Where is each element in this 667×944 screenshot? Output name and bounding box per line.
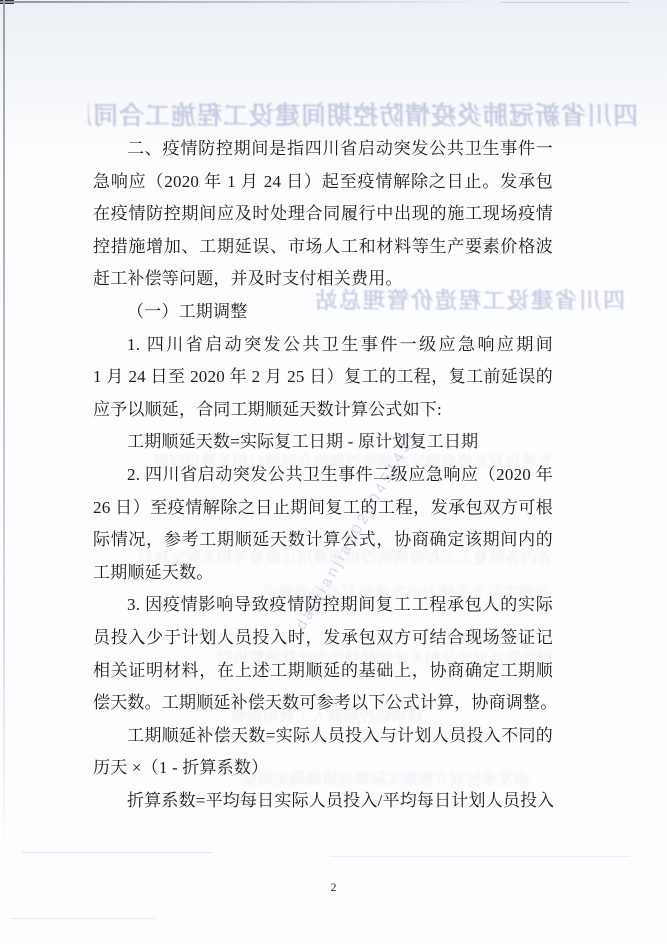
paragraph-line: 急响应（2020 年 1 月 24 日）起至疫情解除之日止。发承包双方 — [93, 166, 553, 199]
paragraph-line: 在疫情防控期间应及时处理合同履行中出现的施工现场疫情防 — [93, 198, 553, 231]
scan-edge-top-line — [0, 1, 490, 3]
paragraph-line: 相关证明材料，在上述工期顺延的基础上，协商确定工期顺延补 — [93, 655, 553, 688]
section-heading: （一）工期调整 — [93, 296, 553, 329]
paragraph-line: 偿天数。工期顺延补偿天数可参考以下公式计算，协商调整。 — [93, 687, 553, 720]
scan-tint-band — [0, 0, 667, 150]
paragraph-line: 26 日）至疫情解除之日止期间复工的工程，发承包双方可根据实 — [93, 492, 553, 525]
scan-streak — [22, 852, 212, 853]
formula-line: 折算系数=平均每日实际人员投入/平均每日计划人员投入 — [93, 785, 553, 818]
paragraph-line: 3. 因疫情影响导致疫情防控期间复工工程承包人的实际人 — [93, 589, 553, 622]
paragraph-line: 1 月 24 日至 2020 年 2 月 25 日）复工的工程，复工前延误的工期 — [93, 361, 553, 394]
bleedthrough-title: 四川省新冠肺炎疫情防控期间建设工程施工合同履约管理 — [88, 96, 638, 132]
formula-line: 工期顺延天数=实际复工日期 - 原计划复工日期 — [93, 426, 553, 459]
scan-edge-top-line2 — [500, 2, 630, 3]
formula-line: 工期顺延补偿天数=实际人员投入与计划人员投入不同的日 — [93, 720, 553, 753]
paragraph-line: 赶工补偿等问题，并及时支付相关费用。 — [93, 263, 553, 296]
formula-line: 历天 ×（1 - 折算系数） — [93, 752, 553, 785]
scan-streak — [10, 918, 155, 919]
paragraph-line: 际情况，参考工期顺延天数计算公式，协商确定该期间内的合同 — [93, 524, 553, 557]
paragraph-line: 二、疫情防控期间是指四川省启动突发公共卫生事件一级应 — [93, 133, 553, 166]
document-body: 二、疫情防控期间是指四川省启动突发公共卫生事件一级应 急响应（2020 年 1 … — [93, 133, 553, 817]
page-number: 2 — [0, 880, 667, 895]
scan-streak — [330, 856, 630, 857]
paragraph-line: 1. 四川省启动突发公共卫生事件一级应急响应期间（2020 年 — [93, 329, 553, 362]
paragraph-line: 工期顺延天数。 — [93, 557, 553, 590]
paragraph-line: 员投入少于计划人员投入时，发承包双方可结合现场签证记录及 — [93, 622, 553, 655]
scanned-document-page: 四川省新冠肺炎疫情防控期间建设工程施工合同履约管理 四川省建设工程造价管理总站 … — [0, 0, 667, 944]
paragraph-line: 应予以顺延，合同工期顺延天数计算公式如下: — [93, 394, 553, 427]
scan-edge-left-line — [3, 0, 5, 852]
paragraph-line: 控措施增加、工期延误、市场人工和材料等生产要素价格波动、 — [93, 231, 553, 264]
paragraph-line: 2. 四川省启动突发公共卫生事件二级应急响应（2020 年 2 月 — [93, 459, 553, 492]
